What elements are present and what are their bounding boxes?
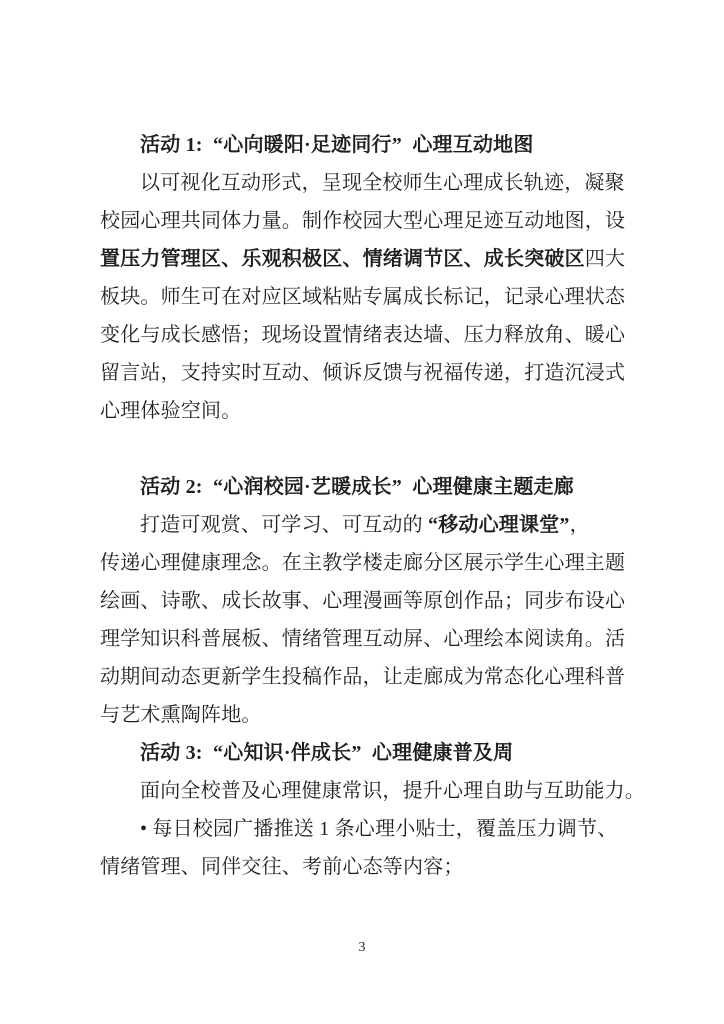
text-line: 面向全校普及心理健康常识，提升心理自助与互助能力。 (100, 772, 624, 810)
section-body: 打造可观赏、可学习、可互动的 “移动心理课堂”，传递心理健康理念。在主教学楼走廊… (100, 506, 624, 734)
text-run: 绘画、诗歌、成长故事、心理漫画等原创作品；同步布设心 (100, 590, 625, 612)
text-line: 置压力管理区、乐观积极区、情绪调节区、成长突破区四大 (100, 240, 624, 278)
text-line: 绘画、诗歌、成长故事、心理漫画等原创作品；同步布设心 (100, 582, 624, 620)
text-run: 心理体验空间。 (100, 400, 241, 422)
text-line: 传递心理健康理念。在主教学楼走廊分区展示学生心理主题 (100, 544, 624, 582)
text-run: 面向全校普及心理健康常识，提升心理自助与互助能力。 (140, 780, 645, 802)
page-content: 活动 1: “心向暖阳·足迹同行” 心理互动地图 以可视化互动形式，呈现全校师生… (100, 126, 624, 886)
bold-text-run: 置压力管理区、乐观积极区、情绪调节区、成长突破区 (100, 248, 585, 270)
text-run: 理学知识科普展板、情绪管理互动屏、心理绘本阅读角。活 (100, 628, 625, 650)
text-line: 理学知识科普展板、情绪管理互动屏、心理绘本阅读角。活 (100, 620, 624, 658)
document-page: 活动 1: “心向暖阳·足迹同行” 心理互动地图 以可视化互动形式，呈现全校师生… (0, 0, 724, 1024)
text-run: 留言站，支持实时互动、倾诉反馈与祝福传递，打造沉浸式 (100, 362, 625, 384)
activity-1-heading: 活动 1: “心向暖阳·足迹同行” 心理互动地图 (100, 126, 624, 164)
text-run: 变化与成长感悟；现场设置情绪表达墙、压力释放角、暖心 (100, 324, 625, 346)
text-run: 传递心理健康理念。在主教学楼走廊分区展示学生心理主题 (100, 552, 625, 574)
activity-2-heading: 活动 2: “心润校园·艺暖成长” 心理健康主题走廊 (100, 468, 624, 506)
text-run: 校园心理共同体力量。制作校园大型心理足迹互动地图，设 (100, 210, 625, 232)
text-run: 情绪管理、同伴交往、考前心态等内容； (100, 856, 464, 878)
text-line: 留言站，支持实时互动、倾诉反馈与祝福传递，打造沉浸式 (100, 354, 624, 392)
text-line: 校园心理共同体力量。制作校园大型心理足迹互动地图，设 (100, 202, 624, 240)
text-line: • 每日校园广播推送 1 条心理小贴士，覆盖压力调节、 (100, 810, 624, 848)
text-line: 变化与成长感悟；现场设置情绪表达墙、压力释放角、暖心 (100, 316, 624, 354)
section-activity-3: 活动 3: “心知识·伴成长” 心理健康普及周 面向全校普及心理健康常识，提升心… (100, 734, 624, 886)
text-line: 与艺术熏陶阵地。 (100, 696, 624, 734)
page-number: 3 (0, 938, 724, 958)
text-run: 打造可观赏、可学习、可互动的 (140, 514, 428, 536)
section-activity-2: 活动 2: “心润校园·艺暖成长” 心理健康主题走廊 打造可观赏、可学习、可互动… (100, 468, 624, 734)
text-line: 打造可观赏、可学习、可互动的 “移动心理课堂”， (100, 506, 624, 544)
bold-text-run: “移动心理课堂” (428, 514, 570, 536)
text-run: ， (570, 514, 590, 536)
text-line: 情绪管理、同伴交往、考前心态等内容； (100, 848, 624, 886)
section-activity-1: 活动 1: “心向暖阳·足迹同行” 心理互动地图 以可视化互动形式，呈现全校师生… (100, 126, 624, 430)
text-run: 以可视化互动形式，呈现全校师生心理成长轨迹，凝聚 (140, 172, 625, 194)
text-run: 动期间动态更新学生投稿作品，让走廊成为常态化心理科普 (100, 666, 625, 688)
text-line: 心理体验空间。 (100, 392, 624, 430)
activity-3-heading: 活动 3: “心知识·伴成长” 心理健康普及周 (100, 734, 624, 772)
text-run: 板块。师生可在对应区域粘贴专属成长标记，记录心理状态 (100, 286, 625, 308)
text-run: 与艺术熏陶阵地。 (100, 704, 262, 726)
text-line: 板块。师生可在对应区域粘贴专属成长标记，记录心理状态 (100, 278, 624, 316)
text-run: • 每日校园广播推送 1 条心理小贴士，覆盖压力调节、 (140, 818, 617, 840)
text-run: 四大 (585, 248, 625, 270)
text-line: 以可视化互动形式，呈现全校师生心理成长轨迹，凝聚 (100, 164, 624, 202)
text-line: 动期间动态更新学生投稿作品，让走廊成为常态化心理科普 (100, 658, 624, 696)
section-body: 以可视化互动形式，呈现全校师生心理成长轨迹，凝聚校园心理共同体力量。制作校园大型… (100, 164, 624, 430)
section-body: 面向全校普及心理健康常识，提升心理自助与互助能力。• 每日校园广播推送 1 条心… (100, 772, 624, 886)
